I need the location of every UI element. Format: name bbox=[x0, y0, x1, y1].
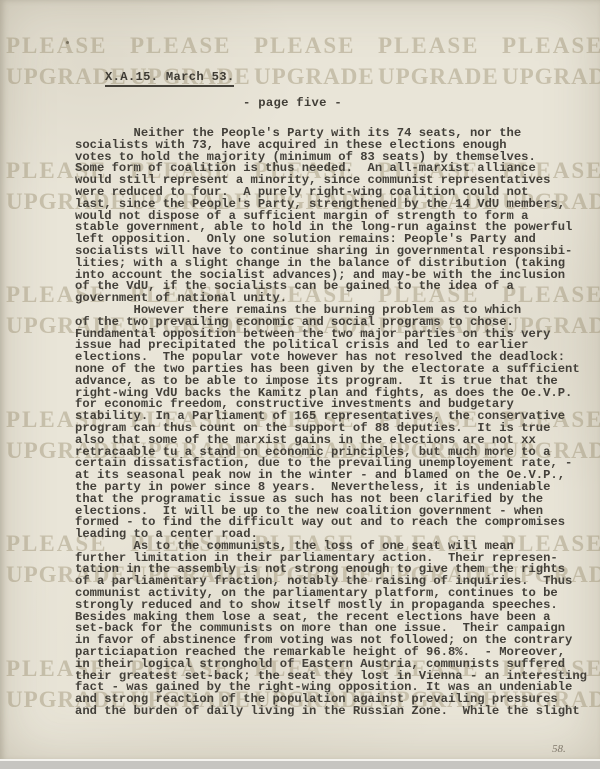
page-number-label: - page five - bbox=[243, 96, 342, 110]
pencil-page-annotation: 58. bbox=[552, 743, 566, 755]
paper-speck bbox=[66, 41, 69, 44]
document-content: X.A.15. March 53. - page five - Neither … bbox=[0, 0, 600, 761]
body-text: Neither the People's Party with its 74 s… bbox=[75, 128, 595, 718]
document-reference: X.A.15. March 53. bbox=[105, 70, 234, 87]
scanned-document: { "page": { "reference": "X.A.15. March … bbox=[0, 0, 600, 769]
text-line: and the burden of daily living in the Ru… bbox=[75, 706, 595, 718]
